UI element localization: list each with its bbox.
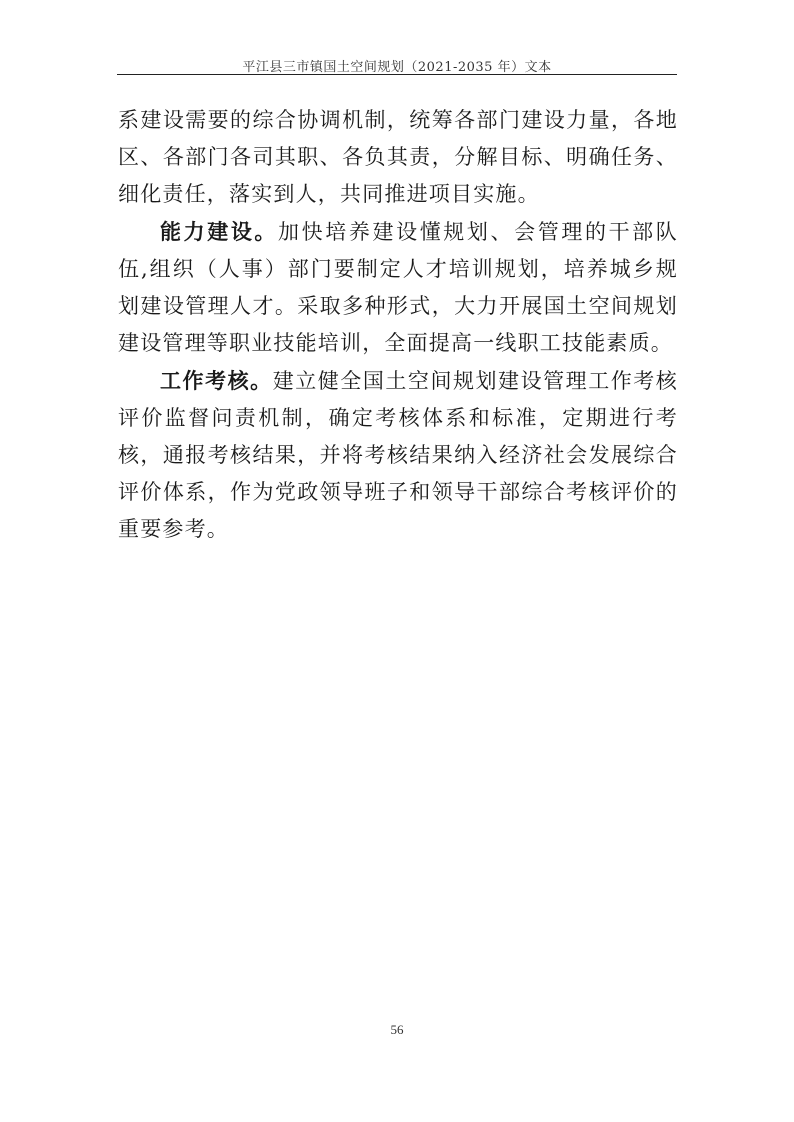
running-header: 平江县三市镇国土空间规划（2021-2035 年）文本 bbox=[0, 56, 794, 75]
page-number: 56 bbox=[0, 1022, 794, 1038]
document-body: 系建设需要的综合协调机制，统筹各部门建设力量，各地区、各部门各司其职、各负其责，… bbox=[118, 102, 678, 548]
paragraph-work-assessment: 工作考核。建立健全国土空间规划建设管理工作考核评价监督问责机制，确定考核体系和标… bbox=[118, 362, 678, 548]
header-divider bbox=[117, 74, 677, 75]
paragraph-lead-heading: 能力建设。 bbox=[160, 219, 278, 244]
paragraph-text: 系建设需要的综合协调机制，统筹各部门建设力量，各地区、各部门各司其职、各负其责，… bbox=[118, 108, 678, 206]
paragraph-capacity-building: 能力建设。加快培养建设懂规划、会管理的干部队伍,组织（人事）部门要制定人才培训规… bbox=[118, 213, 678, 362]
paragraph-text: 建立健全国土空间规划建设管理工作考核评价监督问责机制，确定考核体系和标准，定期进… bbox=[118, 369, 678, 541]
paragraph-lead-heading: 工作考核。 bbox=[160, 368, 273, 393]
paragraph-continuation: 系建设需要的综合协调机制，统筹各部门建设力量，各地区、各部门各司其职、各负其责，… bbox=[118, 102, 678, 213]
